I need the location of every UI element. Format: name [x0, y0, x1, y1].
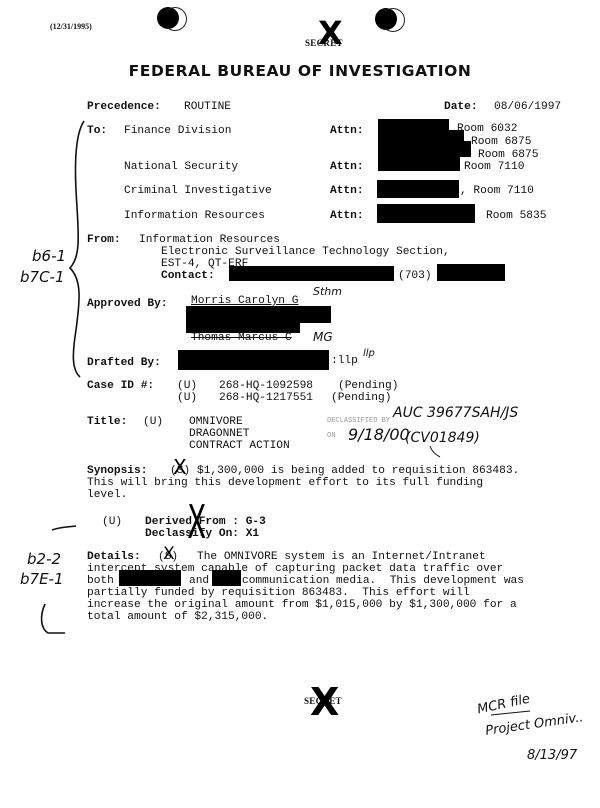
pen-marks: [0, 0, 600, 808]
